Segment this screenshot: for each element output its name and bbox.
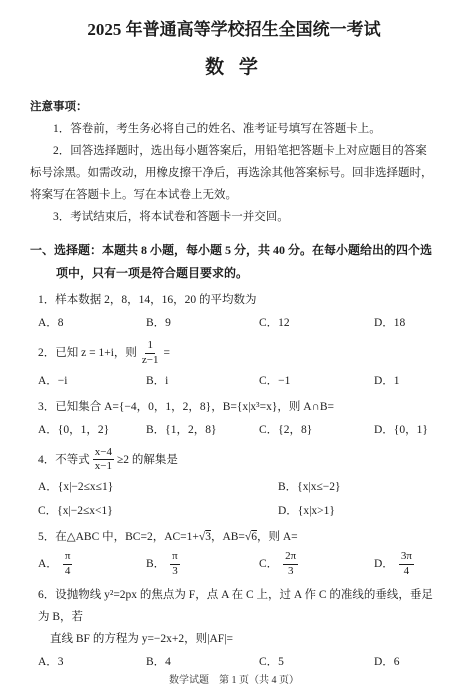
exam-page: 2025 年普通高等学校招生全国统一考试 数 学 注意事项： 1．答卷前，考生务… bbox=[0, 0, 463, 686]
question-5: 5．在△ABC 中，BC=2，AC=1+ √3 ，AB= √6 ，则 A= A．… bbox=[38, 526, 438, 580]
question-3: 3．已知集合 A={−4，0，1，2，8}，B={x|x³=x}，则 A∩B= … bbox=[38, 396, 438, 441]
question-1-options: A．8 B．9 C．12 D．18 bbox=[38, 312, 438, 334]
notice-item-3: 3．考试结束后，将本试卷和答题卡一并交回。 bbox=[30, 206, 438, 228]
fraction-numerator: 3π bbox=[399, 550, 414, 565]
option-label: C． bbox=[259, 553, 278, 575]
fraction-numerator: 2π bbox=[283, 550, 298, 565]
option-label: A． bbox=[38, 553, 58, 575]
notices-heading: 注意事项： bbox=[30, 96, 438, 118]
option-6-c: C．5 bbox=[259, 651, 374, 673]
section-heading: 一、选择题：本题共 8 小题，每小题 5 分，共 40 分。在每小题给出的四个选… bbox=[30, 239, 438, 285]
questions-list: 1．样本数据 2，8，14，16，20 的平均数为 A．8 B．9 C．12 D… bbox=[38, 289, 438, 673]
fraction-denominator: 4 bbox=[63, 565, 73, 579]
fraction-denominator: z−1 bbox=[140, 354, 161, 368]
question-2: 2．已知 z = 1+i，则 1 z−1 = A．−i B．i C．−1 D．1 bbox=[38, 338, 438, 392]
fraction: π 3 bbox=[170, 550, 180, 579]
sqrt-radical: √3 bbox=[199, 526, 211, 548]
question-2-stem: 2．已知 z = 1+i，则 1 z−1 = bbox=[38, 338, 438, 369]
fraction-numerator: π bbox=[170, 550, 180, 565]
question-1-stem: 1．样本数据 2，8，14，16，20 的平均数为 bbox=[38, 289, 438, 311]
question-4-stem-pre: 4．不等式 bbox=[38, 449, 90, 471]
fraction: 3π 4 bbox=[399, 550, 414, 579]
question-2-stem-post: = bbox=[164, 342, 171, 364]
fraction-numerator: π bbox=[63, 550, 73, 565]
option-3-b: B．{1，2，8} bbox=[146, 419, 259, 441]
question-6-stem-line-1: 6．设抛物线 y²=2px 的焦点为 F，点 A 在 C 上，过 A 作 C 的… bbox=[38, 584, 438, 628]
fraction-numerator: 1 bbox=[145, 339, 155, 354]
fraction-denominator: x−1 bbox=[93, 460, 114, 474]
option-5-d: D． 3π 4 bbox=[374, 549, 438, 580]
notice-item-1: 1．答卷前，考生务必将自己的姓名、准考证号填写在答题卡上。 bbox=[30, 118, 438, 140]
option-4-a: A．{x|−2≤x≤1} bbox=[38, 476, 278, 498]
footer-text: 数学试题 第 1 页（共 4 页） bbox=[169, 675, 299, 686]
option-3-d: D．{0，1} bbox=[374, 419, 438, 441]
option-3-c: C．{2，8} bbox=[259, 419, 374, 441]
option-6-a: A．3 bbox=[38, 651, 146, 673]
option-2-d: D．1 bbox=[374, 370, 438, 392]
question-3-stem: 3．已知集合 A={−4，0，1，2，8}，B={x|x³=x}，则 A∩B= bbox=[38, 396, 438, 418]
option-4-d: D．{x|x>1} bbox=[278, 500, 438, 522]
option-4-b: B．{x|x≤−2} bbox=[278, 476, 438, 498]
option-5-c: C． 2π 3 bbox=[259, 549, 374, 580]
exam-title: 2025 年普通高等学校招生全国统一考试 bbox=[30, 18, 438, 42]
option-label: B． bbox=[146, 553, 165, 575]
question-2-stem-pre: 2．已知 z = 1+i，则 bbox=[38, 342, 137, 364]
option-6-d: D．6 bbox=[374, 651, 438, 673]
option-1-c: C．12 bbox=[259, 312, 374, 334]
question-4: 4．不等式 x−4 x−1 ≥2 的解集是 A．{x|−2≤x≤1} B．{x|… bbox=[38, 445, 438, 523]
notices-section: 注意事项： 1．答卷前，考生务必将自己的姓名、准考证号填写在答题卡上。 2．回答… bbox=[30, 96, 438, 228]
question-3-options: A．{0，1，2} B．{1，2，8} C．{2，8} D．{0，1} bbox=[38, 419, 438, 441]
question-5-stem-part-3: ，则 A= bbox=[257, 526, 298, 548]
option-label: D． bbox=[374, 553, 394, 575]
option-1-d: D．18 bbox=[374, 312, 438, 334]
option-4-c: C．{x|−2≤x<1} bbox=[38, 500, 278, 522]
question-2-options: A．−i B．i C．−1 D．1 bbox=[38, 370, 438, 392]
fraction-denominator: 4 bbox=[402, 565, 412, 579]
question-4-stem-post: ≥2 的解集是 bbox=[117, 449, 178, 471]
option-5-a: A． π 4 bbox=[38, 549, 146, 580]
question-4-stem: 4．不等式 x−4 x−1 ≥2 的解集是 bbox=[38, 445, 438, 476]
question-5-stem: 5．在△ABC 中，BC=2，AC=1+ √3 ，AB= √6 ，则 A= bbox=[38, 526, 438, 548]
option-1-a: A．8 bbox=[38, 312, 146, 334]
fraction: x−4 x−1 bbox=[93, 446, 114, 475]
question-4-options: A．{x|−2≤x≤1} B．{x|x≤−2} C．{x|−2≤x<1} D．{… bbox=[38, 476, 438, 522]
exam-subject: 数 学 bbox=[30, 55, 438, 81]
question-6: 6．设抛物线 y²=2px 的焦点为 F，点 A 在 C 上，过 A 作 C 的… bbox=[38, 584, 438, 673]
fraction: 2π 3 bbox=[283, 550, 298, 579]
option-1-b: B．9 bbox=[146, 312, 259, 334]
question-6-options: A．3 B．4 C．5 D．6 bbox=[38, 651, 438, 673]
question-5-options: A． π 4 B． π 3 C． bbox=[38, 549, 438, 580]
sqrt-radical: √6 bbox=[245, 526, 257, 548]
option-2-c: C．−1 bbox=[259, 370, 374, 392]
exam-header: 2025 年普通高等学校招生全国统一考试 数 学 bbox=[30, 12, 438, 81]
option-5-b: B． π 3 bbox=[146, 549, 259, 580]
question-5-stem-part-2: ，AB= bbox=[211, 526, 245, 548]
option-3-a: A．{0，1，2} bbox=[38, 419, 146, 441]
option-2-b: B．i bbox=[146, 370, 259, 392]
notice-item-2: 2．回答选择题时，选出每小题答案后，用铅笔把答题卡上对应题目的答案标号涂黑。如需… bbox=[30, 140, 438, 206]
fraction-numerator: x−4 bbox=[93, 446, 114, 461]
page-footer: 数学试题 第 1 页（共 4 页） bbox=[30, 673, 438, 686]
fraction: 1 z−1 bbox=[140, 339, 161, 368]
fraction-denominator: 3 bbox=[170, 565, 180, 579]
question-6-stem-line-2: 直线 BF 的方程为 y=−2x+2，则|AF|= bbox=[50, 628, 438, 650]
fraction-denominator: 3 bbox=[286, 565, 296, 579]
choice-section: 一、选择题：本题共 8 小题，每小题 5 分，共 40 分。在每小题给出的四个选… bbox=[30, 228, 438, 673]
option-2-a: A．−i bbox=[38, 370, 146, 392]
question-5-stem-part-1: 5．在△ABC 中，BC=2，AC=1+ bbox=[38, 526, 199, 548]
option-6-b: B．4 bbox=[146, 651, 259, 673]
fraction: π 4 bbox=[63, 550, 73, 579]
question-1: 1．样本数据 2，8，14，16，20 的平均数为 A．8 B．9 C．12 D… bbox=[38, 289, 438, 334]
